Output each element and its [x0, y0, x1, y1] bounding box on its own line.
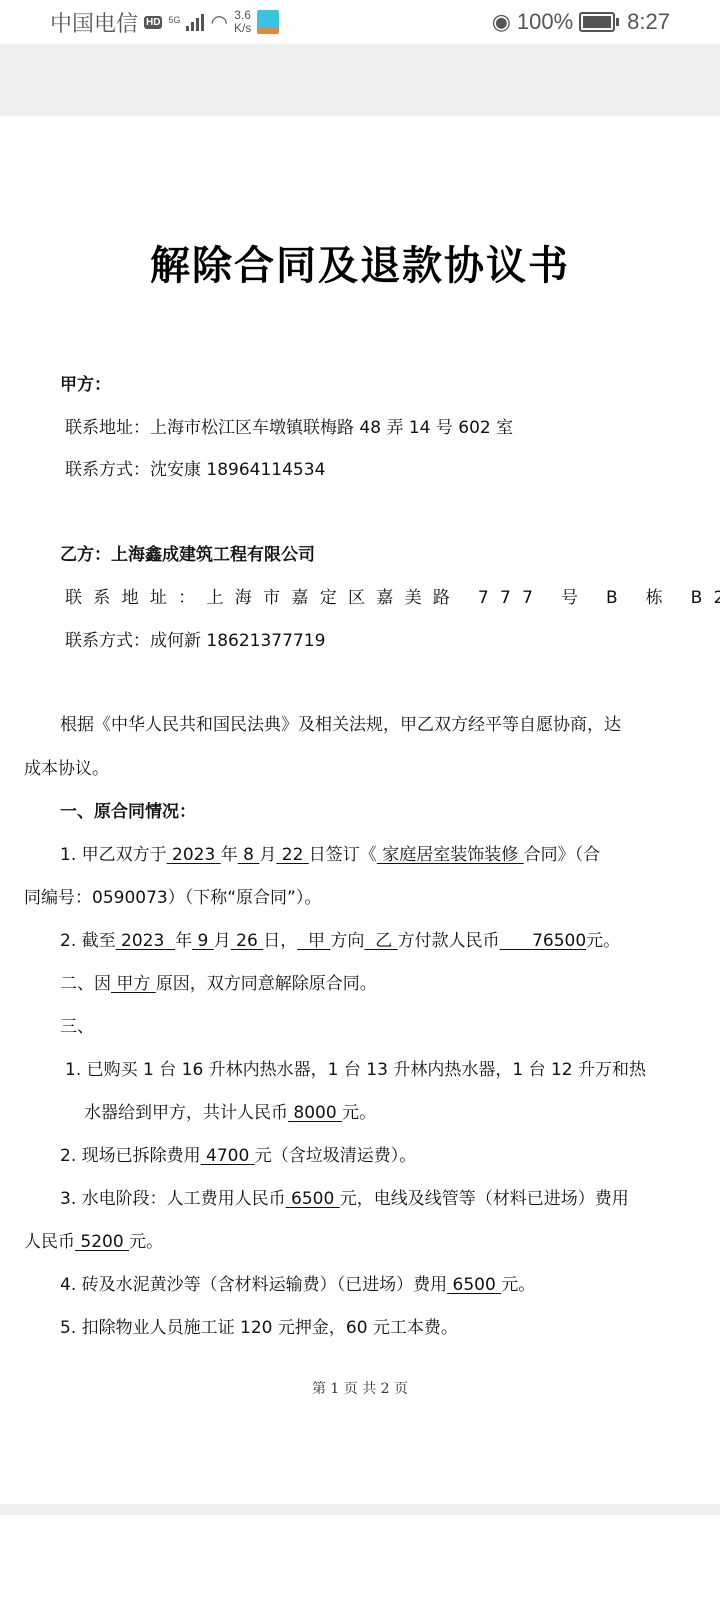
section-2-suffix: 原因，双方同意解除原合同。 — [156, 974, 377, 994]
page-separator — [0, 1504, 720, 1515]
s3-item-4: 4. 砖及水泥黄沙等（含材料运输费）（已进场）费用 6500 元。 — [60, 1270, 535, 1295]
payer-value: 甲 — [308, 931, 325, 951]
party-b-label: 乙方：上海鑫成建筑工程有限公司 — [60, 540, 315, 565]
payee-value: 乙 — [375, 931, 392, 951]
currency-suffix: 元。 — [129, 1232, 163, 1252]
responsible-party-value: 甲方 — [116, 974, 150, 994]
contract-suffix: 合同》（合 — [524, 845, 601, 865]
status-bar: 中国电信 HD 5G ◠ 3.6 K/s ◉ 100% 8:27 — [0, 0, 720, 44]
signal-icon — [186, 13, 204, 31]
s3-item-4-prefix: 4. 砖及水泥黄沙等（含材料运输费）（已进场）费用 — [60, 1275, 447, 1295]
paid-amount: 76500 — [500, 931, 587, 951]
currency-suffix: 元。 — [501, 1275, 535, 1295]
preamble-line-1: 根据《中华人民共和国民法典》及相关法规，甲乙双方经平等自愿协商，达 — [60, 710, 621, 735]
currency-suffix: 元。 — [342, 1103, 376, 1123]
party-a-address: 联系地址：上海市松江区车墩镇联梅路 48 弄 14 号 602 室 — [65, 413, 513, 438]
materials-amount: 5200 — [75, 1232, 129, 1252]
eye-comfort-icon: ◉ — [492, 9, 511, 35]
brick-cement-amount-value: 6500 — [453, 1275, 496, 1295]
demolition-amount-value: 4700 — [206, 1146, 249, 1166]
app-notification-icon — [257, 10, 279, 34]
s3-item-2: 2. 现场已拆除费用 4700 元（含垃圾清运费）。 — [60, 1141, 416, 1166]
paid-year-value: 2023 — [121, 931, 164, 951]
section-3-heading: 三、 — [60, 1012, 94, 1037]
materials-amount-value: 5200 — [80, 1232, 123, 1252]
page-indicator: 第 1 页 共 2 页 — [0, 1378, 720, 1398]
battery-icon — [579, 12, 615, 32]
party-b-contact: 联系方式：成何新 18621377719 — [65, 626, 325, 651]
document-page[interactable]: 解除合同及退款协议书 甲方： 联系地址：上海市松江区车墩镇联梅路 48 弄 14… — [0, 116, 720, 1504]
item-1-line-2: 同编号：0590073）（下称“原合同”）。 — [24, 883, 321, 908]
year-label: 年 — [221, 845, 238, 865]
paid-day-value: 26 — [236, 931, 258, 951]
network-speed: 3.6 K/s — [234, 9, 251, 35]
wifi-icon: ◠ — [210, 10, 227, 35]
payee-suffix: 方付款人民币 — [398, 931, 500, 951]
paid-day: 26 — [231, 931, 263, 951]
payer: 甲 — [297, 931, 330, 951]
item-2-prefix: 2. 截至 — [60, 931, 116, 951]
s3-item-2-prefix: 2. 现场已拆除费用 — [60, 1146, 201, 1166]
speed-value: 3.6 — [234, 8, 251, 22]
sign-month: 8 — [238, 845, 260, 865]
contract-name: 家庭居室装饰装修 — [377, 845, 524, 865]
carrier-name: 中国电信 — [50, 7, 138, 38]
paid-amount-value: 76500 — [532, 931, 586, 951]
brick-cement-amount: 6500 — [447, 1275, 501, 1295]
paid-year: 2023 — [116, 931, 175, 951]
section-2-prefix: 二、因 — [60, 974, 111, 994]
payer-suffix: 方向 — [330, 931, 364, 951]
sign-month-value: 8 — [243, 845, 254, 865]
item-1-line-1: 1. 甲乙双方于 2023 年 8 月 22 日签订《 家庭居室装饰装修 合同》… — [60, 840, 600, 865]
s3-item-1-line-2: 水器给到甲方，共计人民币 8000 元。 — [84, 1098, 376, 1123]
sign-year-value: 2023 — [172, 845, 215, 865]
hd-badge-icon: HD — [144, 16, 162, 29]
heater-amount: 8000 — [288, 1103, 342, 1123]
network-type: 5G — [168, 15, 180, 25]
responsible-party: 甲方 — [111, 974, 156, 994]
party-b-address: 联系地址：上海市嘉定区嘉美路 777 号 B 栋 B213 室 — [65, 583, 720, 608]
payee: 乙 — [364, 931, 397, 951]
sign-day-value: 22 — [282, 845, 304, 865]
s3-item-2-suffix: 元（含垃圾清运费）。 — [255, 1146, 417, 1166]
s3-item-3-line-2: 人民币 5200 元。 — [24, 1227, 163, 1252]
document-title: 解除合同及退款协议书 — [0, 234, 720, 291]
item-2-line: 2. 截至 2023 年 9 月 26 日， 甲 方向 乙 方付款人民币 765… — [60, 926, 620, 951]
document-page-2[interactable] — [0, 1515, 720, 1600]
s3-item-1-prefix: 水器给到甲方，共计人民币 — [84, 1103, 288, 1123]
item-1-prefix: 1. 甲乙双方于 — [60, 845, 167, 865]
labor-amount: 6500 — [286, 1189, 340, 1209]
party-a-contact: 联系方式：沈安康 18964114534 — [65, 455, 325, 480]
s3-item-3-prefix: 3. 水电阶段：人工费用人民币 — [60, 1189, 286, 1209]
status-bar-right: ◉ 100% 8:27 — [492, 9, 670, 35]
year-label: 年 — [175, 931, 192, 951]
section-2-line: 二、因 甲方 原因，双方同意解除原合同。 — [60, 969, 377, 994]
month-label: 月 — [214, 931, 231, 951]
paid-month-value: 9 — [198, 931, 209, 951]
s3-item-5: 5. 扣除物业人员施工证 120 元押金，60 元工本费。 — [60, 1313, 458, 1338]
preamble-line-2: 成本协议。 — [24, 754, 109, 779]
party-a-label: 甲方： — [60, 370, 111, 395]
contract-name-value: 家庭居室装饰装修 — [382, 845, 518, 865]
battery-percent: 100% — [517, 9, 573, 35]
sign-day: 22 — [276, 845, 308, 865]
clock: 8:27 — [627, 9, 670, 35]
status-bar-left: 中国电信 HD 5G ◠ 3.6 K/s — [50, 7, 279, 38]
day-label: 日， — [263, 931, 297, 951]
s3-item-1-line-1: 1. 已购买 1 台 16 升林内热水器，1 台 13 升林内热水器，1 台 1… — [65, 1055, 646, 1080]
heater-amount-value: 8000 — [293, 1103, 336, 1123]
demolition-amount: 4700 — [201, 1146, 255, 1166]
s3-item-3-middle: 元，电线及线管等（材料已进场）费用 — [340, 1189, 629, 1209]
sign-year: 2023 — [167, 845, 221, 865]
paid-month: 9 — [192, 931, 214, 951]
month-label: 月 — [259, 845, 276, 865]
s3-item-3-line-1: 3. 水电阶段：人工费用人民币 6500 元，电线及线管等（材料已进场）费用 — [60, 1184, 629, 1209]
s3-item-3-line2-prefix: 人民币 — [24, 1232, 75, 1252]
day-label: 日签订《 — [309, 845, 377, 865]
toolbar-area — [0, 44, 720, 116]
speed-unit: K/s — [234, 21, 251, 35]
currency-suffix: 元。 — [586, 931, 620, 951]
section-1-heading: 一、原合同情况： — [60, 797, 196, 822]
labor-amount-value: 6500 — [291, 1189, 334, 1209]
